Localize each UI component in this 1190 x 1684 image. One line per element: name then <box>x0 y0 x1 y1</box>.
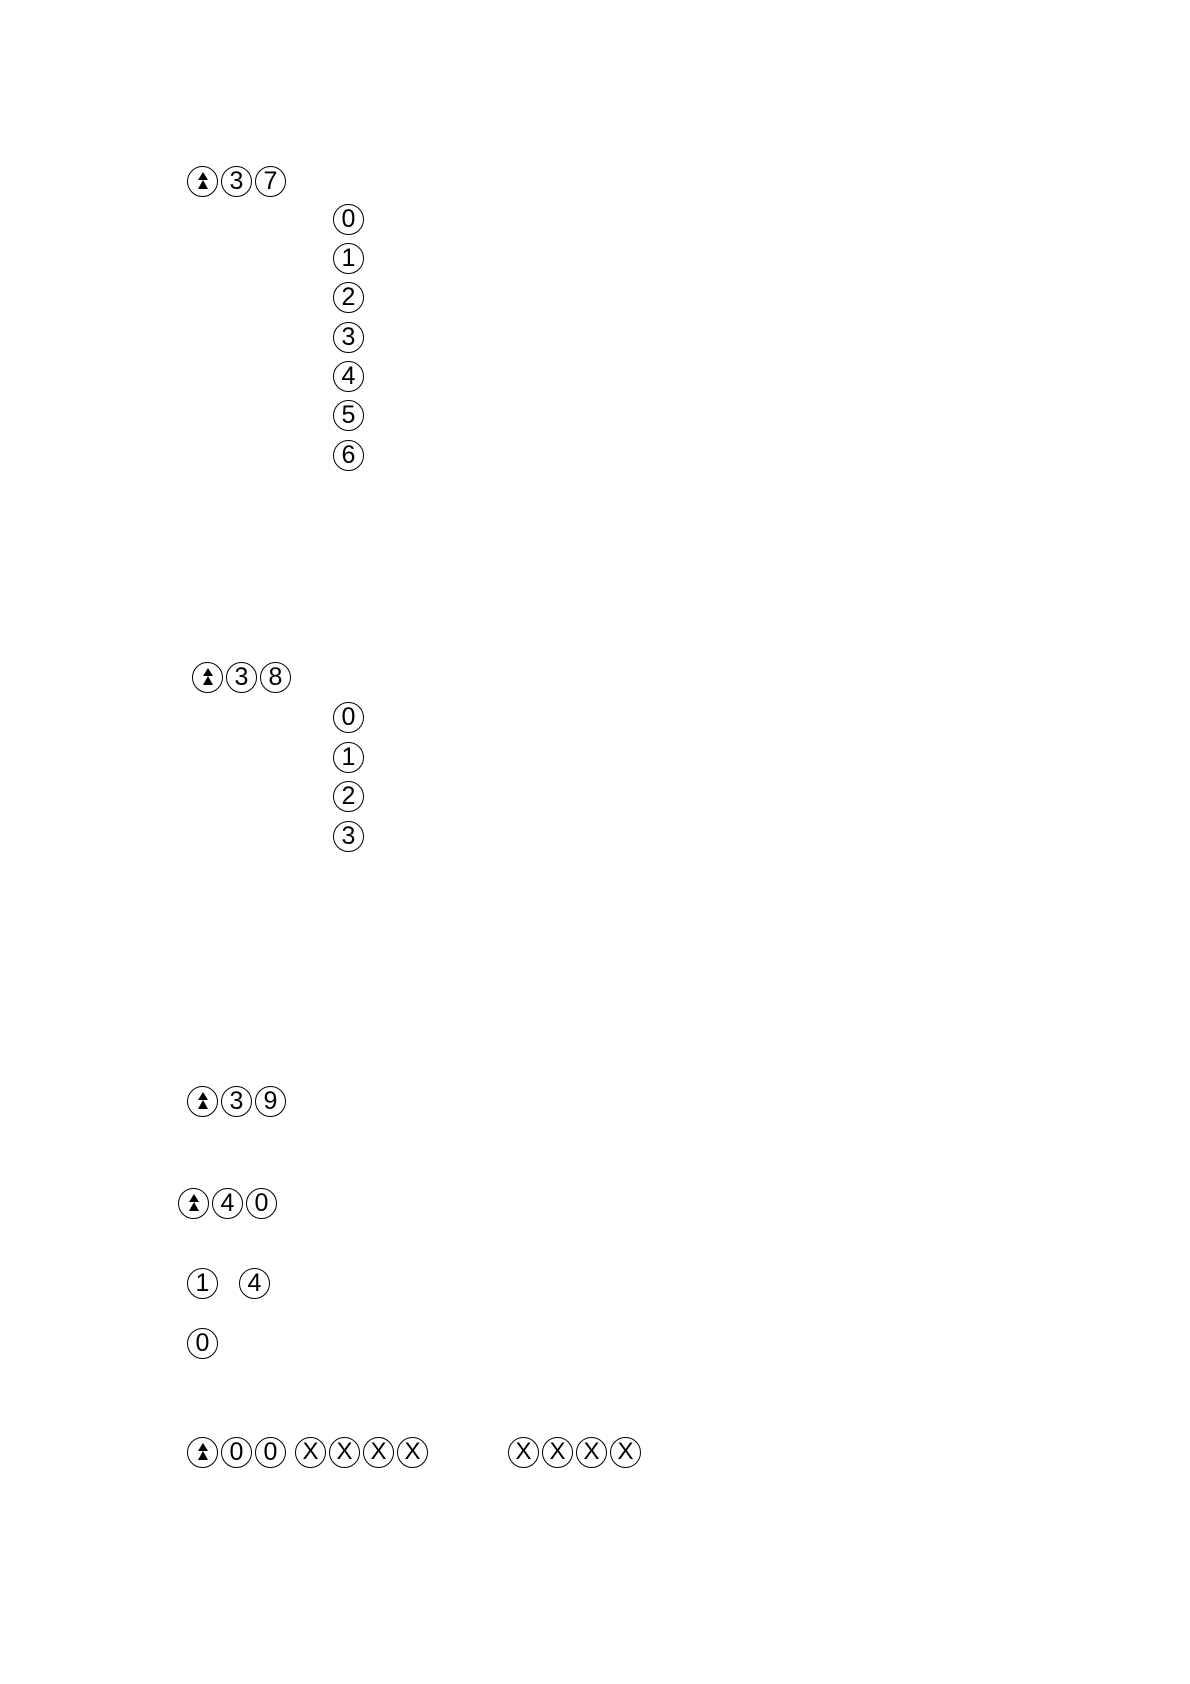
section-37-option: 4 <box>333 360 367 392</box>
section-40-header: 4 0 <box>178 1187 280 1219</box>
placeholder-key: X <box>295 1437 326 1468</box>
placeholder-key: X <box>329 1437 360 1468</box>
option-key: 1 <box>333 742 364 773</box>
shift-key-icon <box>192 662 223 693</box>
key-digit: 9 <box>255 1086 286 1117</box>
option-key: 5 <box>333 400 364 431</box>
section-38-option: 0 <box>333 701 367 733</box>
zero-row: 0 <box>187 1327 221 1359</box>
key-digit: 3 <box>221 1086 252 1117</box>
range-end-key: 4 <box>239 1268 270 1299</box>
section-37-option: 3 <box>333 321 367 353</box>
shift-key-icon <box>187 1437 218 1468</box>
placeholder-key: X <box>610 1437 641 1468</box>
key-digit: 3 <box>226 662 257 693</box>
option-key: 3 <box>333 322 364 353</box>
option-key: 0 <box>333 702 364 733</box>
section-37-option: 6 <box>333 439 367 471</box>
section-38-option: 2 <box>333 780 367 812</box>
option-key: 2 <box>333 282 364 313</box>
section-38-option: 1 <box>333 741 367 773</box>
option-key: 4 <box>333 361 364 392</box>
shift-key-icon <box>187 166 218 197</box>
code-prefix-key: 0 <box>221 1437 252 1468</box>
key-digit: 3 <box>221 166 252 197</box>
key-digit: 4 <box>212 1188 243 1219</box>
shift-key-icon <box>178 1188 209 1219</box>
section-37-option: 5 <box>333 399 367 431</box>
code-prefix-key: 0 <box>255 1437 286 1468</box>
section-39-header: 3 9 <box>187 1085 289 1117</box>
zero-key: 0 <box>187 1328 218 1359</box>
placeholder-key: X <box>363 1437 394 1468</box>
section-37-header: 3 7 <box>187 165 289 197</box>
option-key: 6 <box>333 440 364 471</box>
placeholder-key: X <box>508 1437 539 1468</box>
placeholder-key: X <box>542 1437 573 1468</box>
placeholder-key: X <box>397 1437 428 1468</box>
option-key: 0 <box>333 204 364 235</box>
code-row: 0 0 X X X X X X X X <box>187 1436 644 1468</box>
section-38-header: 3 8 <box>192 661 294 693</box>
shift-key-icon <box>187 1086 218 1117</box>
range-row: 1 4 <box>187 1267 273 1299</box>
key-digit: 8 <box>260 662 291 693</box>
key-digit: 0 <box>246 1188 277 1219</box>
placeholder-key: X <box>576 1437 607 1468</box>
option-key: 3 <box>333 821 364 852</box>
range-start-key: 1 <box>187 1268 218 1299</box>
section-37-option: 0 <box>333 203 367 235</box>
option-key: 2 <box>333 781 364 812</box>
section-38-option: 3 <box>333 820 367 852</box>
option-key: 1 <box>333 243 364 274</box>
key-digit: 7 <box>255 166 286 197</box>
section-37-option: 1 <box>333 242 367 274</box>
section-37-option: 2 <box>333 281 367 313</box>
